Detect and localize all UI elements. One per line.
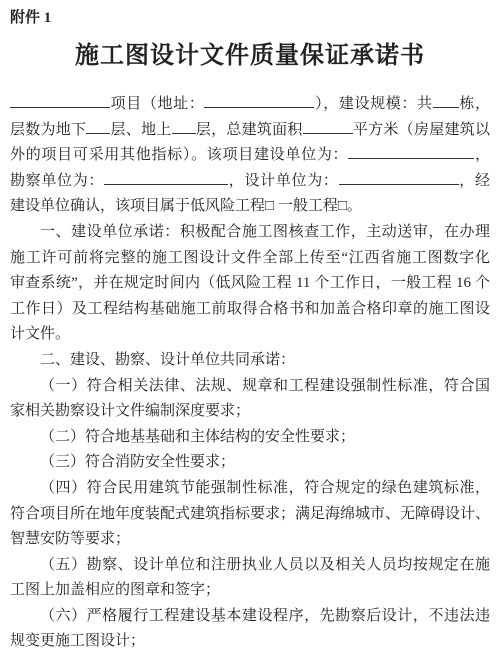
construction-unit-blank: [348, 143, 474, 159]
general-checkbox: □: [338, 198, 347, 214]
text-run: 勘察单位为：: [10, 173, 104, 189]
page-title: 施工图设计文件质量保证承诺书: [10, 41, 490, 71]
text-run: 外的项目可采用其他指标）。该项目建设单位为：: [10, 147, 348, 163]
text-line: 项目（地址：），建设规模：共栋，: [10, 92, 490, 118]
text-line: 建设单位确认，该项目属于低风险工程□ 一般工程□。: [10, 194, 490, 220]
text-run: 平方米（房屋建筑以: [353, 122, 490, 138]
text-line: 符合项目所在地年度装配式建筑指标要求；满足海绵城市、无障碍设计、: [10, 502, 490, 528]
text-run: 。: [347, 198, 362, 214]
address-blank: [204, 92, 314, 108]
text-line: （六）严格履行工程建设基本建设程序，先勘察后设计，不违法违: [10, 604, 490, 630]
attachment-label: 附件 1: [10, 8, 490, 28]
text-run: （一）符合相关法律、法规、规章和工程建设强制性标准，符合国: [40, 378, 490, 394]
text-run: 二、建设、勘察、设计单位共同承诺：: [40, 352, 295, 368]
text-run: ，: [474, 147, 490, 163]
document-body: 项目（地址：），建设规模：共栋，层数为地下层、地上层，总建筑面积平方米（房屋建筑…: [10, 92, 490, 655]
low-risk-checkbox: □: [265, 198, 274, 214]
text-run: 家相关勘察设计文件编制深度要求；: [10, 403, 250, 419]
text-run: ），建设规模：共: [314, 96, 432, 112]
total-area-blank: [303, 118, 353, 134]
text-line: 工作日）及工程结构基础施工前取得合格书和加盖合格印章的施工图设: [10, 297, 490, 323]
text-run: 规变更施工图设计；: [10, 633, 145, 649]
text-line: （四）符合民用建筑节能强制性标准，符合规定的绿色建筑标准，: [10, 476, 490, 502]
text-run: （四）符合民用建筑节能强制性标准，符合规定的绿色建筑标准，: [40, 480, 490, 496]
text-line: 审查系统”，并在规定时间内（低风险工程 11 个工作日，一般工程 16 个: [10, 271, 490, 297]
text-run: 层，总建筑面积: [196, 122, 303, 138]
text-run: 层、地上: [110, 122, 171, 138]
text-line: （二）符合地基基础和主体结构的安全性要求；: [10, 425, 490, 451]
text-run: 项目（地址：: [110, 96, 204, 112]
text-line: 一、建设单位承诺：积极配合施工图核查工作，主动送审，在办理: [10, 220, 490, 246]
building-count-blank: [433, 92, 459, 108]
text-run: 审查系统”，并在规定时间内（低风险工程 11 个工作日，一般工程 16 个: [10, 275, 490, 291]
survey-unit-blank: [104, 169, 228, 185]
text-run: 一般工程: [274, 198, 338, 214]
project-name-blank: [10, 92, 110, 108]
design-unit-blank: [339, 169, 459, 185]
text-line: 家相关勘察设计文件编制深度要求；: [10, 399, 490, 425]
text-line: （五）勘察、设计单位和注册执业人员以及相关人员均按规定在施: [10, 553, 490, 579]
text-line: 勘察单位为：，设计单位为：，经: [10, 169, 490, 195]
text-line: 层数为地下层、地上层，总建筑面积平方米（房屋建筑以: [10, 118, 490, 144]
text-run: （五）勘察、设计单位和注册执业人员以及相关人员均按规定在施: [40, 557, 490, 573]
text-line: 智慧安防等要求；: [10, 527, 490, 553]
text-run: 符合项目所在地年度装配式建筑指标要求；满足海绵城市、无障碍设计、: [10, 506, 490, 522]
text-run: 栋，: [459, 96, 490, 112]
text-line: 外的项目可采用其他指标）。该项目建设单位为：，: [10, 143, 490, 169]
text-line: 计文件。: [10, 322, 490, 348]
text-line: （一）符合相关法律、法规、规章和工程建设强制性标准，符合国: [10, 374, 490, 400]
text-run: （二）符合地基基础和主体结构的安全性要求；: [40, 429, 355, 445]
document-page: 附件 1 施工图设计文件质量保证承诺书 项目（地址：），建设规模：共栋，层数为地…: [0, 0, 500, 667]
text-run: ，经: [459, 173, 490, 189]
text-run: 层数为地下: [10, 122, 86, 138]
text-run: ，设计单位为：: [228, 173, 338, 189]
text-line: 规变更施工图设计；: [10, 629, 490, 655]
text-run: 工图上加盖相应的图章和签字；: [10, 582, 220, 598]
text-line: 二、建设、勘察、设计单位共同承诺：: [10, 348, 490, 374]
text-run: （三）符合消防安全性要求；: [40, 454, 235, 470]
text-line: 工图上加盖相应的图章和签字；: [10, 578, 490, 604]
text-run: 施工许可前将完整的施工图设计文件全部上传至“江西省施工图数字化: [10, 250, 490, 266]
text-run: 建设单位确认，该项目属于低风险工程: [10, 198, 265, 214]
text-line: 施工许可前将完整的施工图设计文件全部上传至“江西省施工图数字化: [10, 246, 490, 272]
text-run: 智慧安防等要求；: [10, 531, 130, 547]
text-run: 工作日）及工程结构基础施工前取得合格书和加盖合格印章的施工图设: [10, 301, 490, 317]
text-run: （六）严格履行工程建设基本建设程序，先勘察后设计，不违法违: [40, 608, 490, 624]
text-run: 计文件。: [10, 326, 70, 342]
text-line: （三）符合消防安全性要求；: [10, 450, 490, 476]
floors-below-blank: [86, 118, 110, 134]
text-run: 一、建设单位承诺：积极配合施工图核查工作，主动送审，在办理: [40, 224, 490, 240]
floors-above-blank: [172, 118, 196, 134]
